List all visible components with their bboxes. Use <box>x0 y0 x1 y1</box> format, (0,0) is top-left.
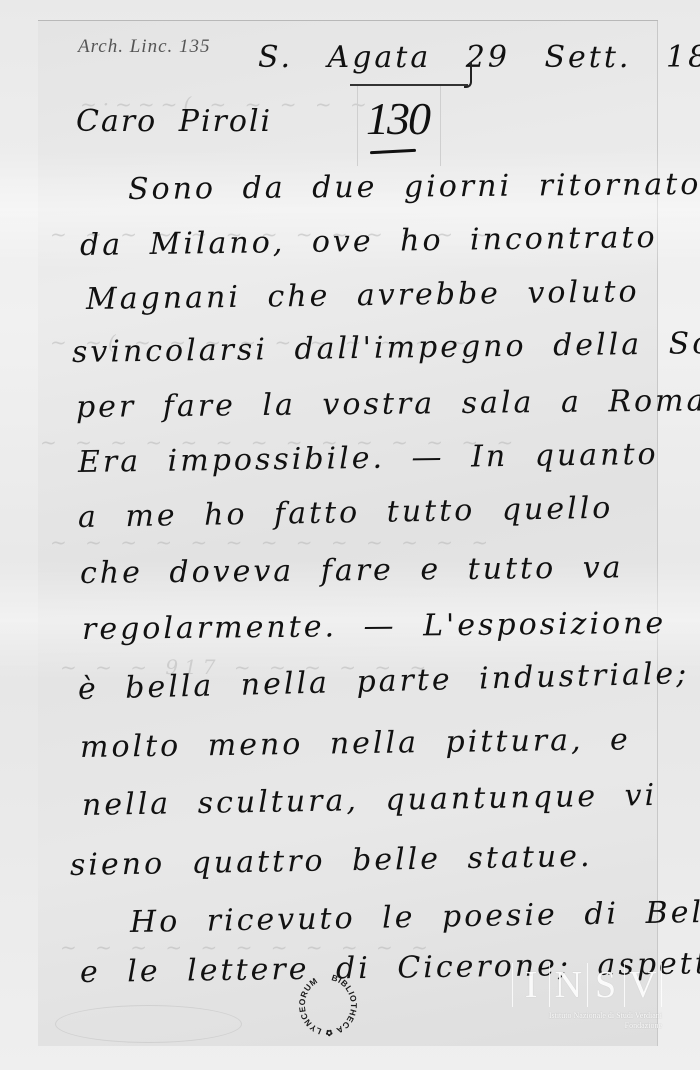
letter-line: regolarmente. — L'esposizione <box>82 606 667 647</box>
watermark-letter: S <box>588 963 625 1007</box>
watermark-letter: V <box>625 963 662 1007</box>
library-stamp: BIBLIOTHECA ✿ LYNCEORUM <box>293 968 363 1042</box>
letter-line: per fare la vostra sala a Roma. <box>76 383 700 425</box>
bibliotheca-lynceorum-stamp-icon: BIBLIOTHECA ✿ LYNCEORUM <box>293 968 363 1042</box>
insv-watermark: I N S V Istituto Nazionale di Studi Verd… <box>512 963 662 1043</box>
place-date: S. Agata 29 Sett. 1871 <box>258 40 700 75</box>
archive-reference: Arch. Linc. 135 <box>78 36 211 58</box>
watermark-letters: I N S V <box>512 963 662 1007</box>
salutation: Caro Piroli <box>76 104 272 139</box>
document-number: 130 <box>366 92 429 145</box>
letter-line: che doveva fare e tutto va <box>80 550 624 591</box>
letter-line: Sono da due giorni ritornato <box>128 167 700 207</box>
svg-text:BIBLIOTHECA ✿ LYNCEORUM: BIBLIOTHECA ✿ LYNCEORUM <box>297 972 359 1038</box>
watermark-letter: N <box>550 963 587 1007</box>
watermark-subtitle: Fondazione <box>512 1021 662 1031</box>
watermark-letter: I <box>513 963 550 1007</box>
date-bracket <box>464 62 472 88</box>
watermark-institution: Istituto Nazionale di Studi Verdiani <box>512 1011 662 1021</box>
faint-sketch <box>55 1005 242 1043</box>
